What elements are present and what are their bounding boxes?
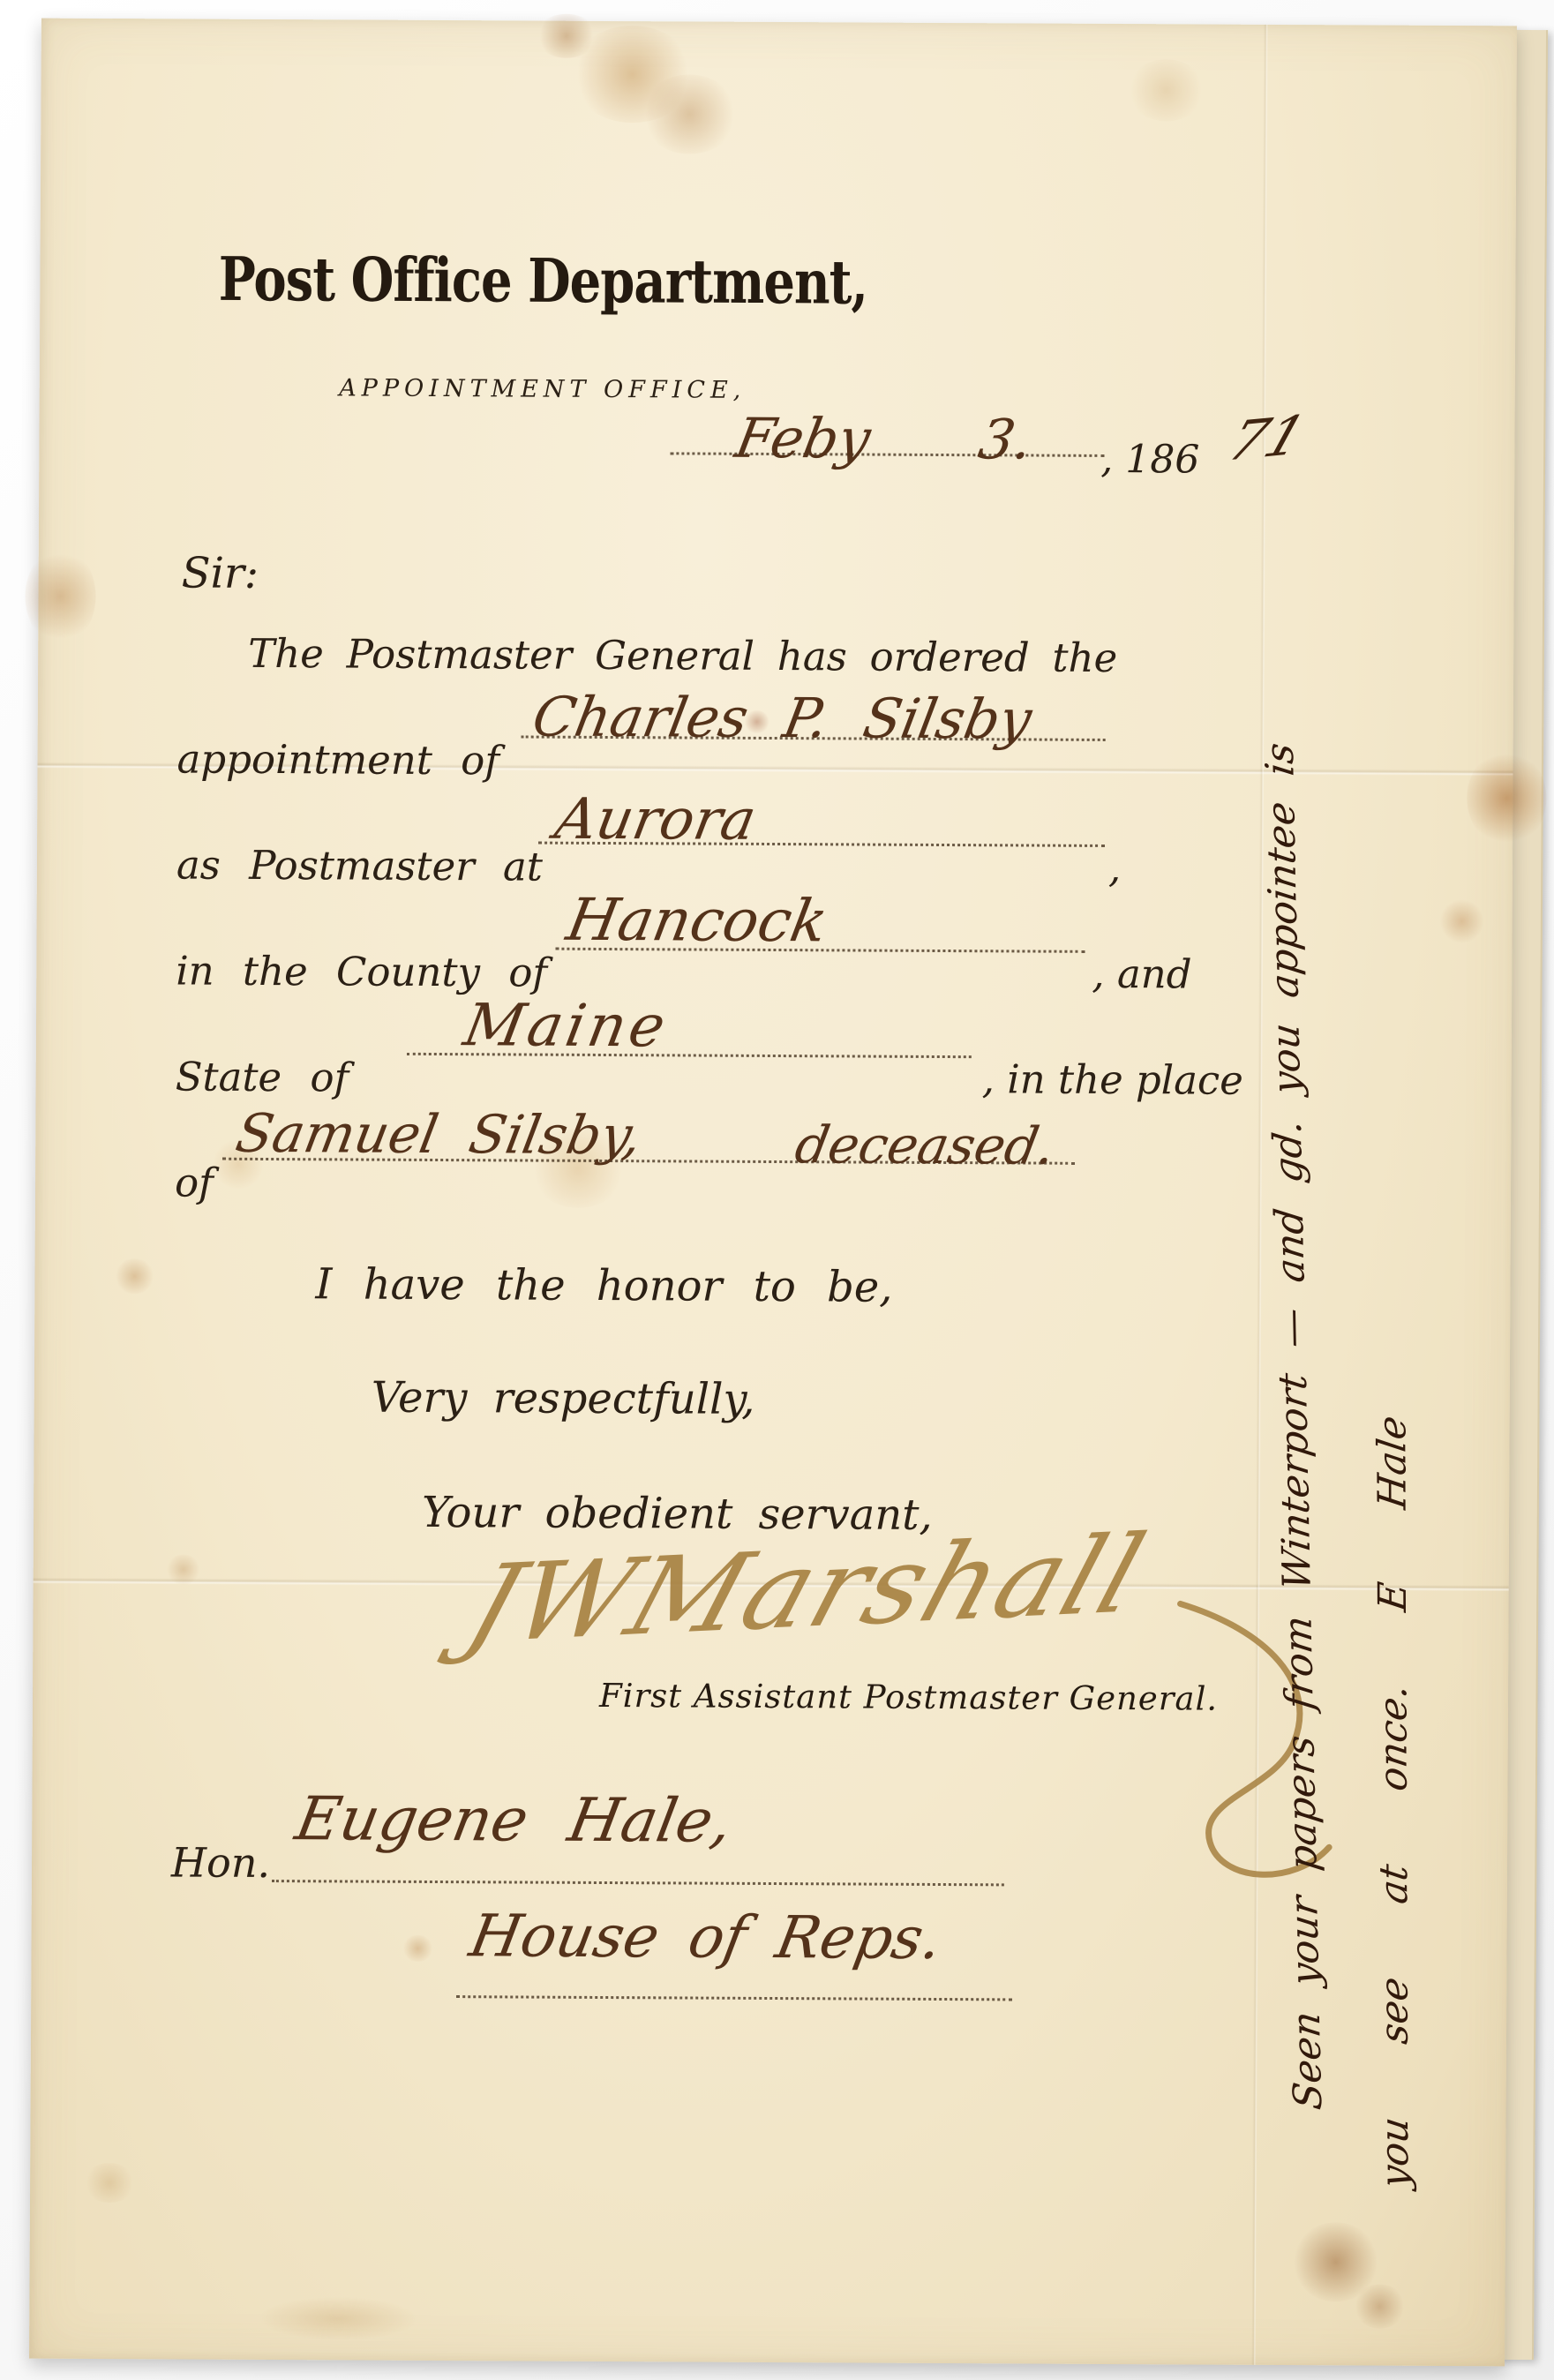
field-label-postmaster-at: as Postmaster at <box>176 841 543 890</box>
stain <box>1467 749 1547 846</box>
field-suffix: , and <box>1092 950 1192 998</box>
closing-line-2: Very respectfully, <box>372 1373 755 1424</box>
addressee-line2: House of Reps. <box>465 1902 948 1972</box>
signer-title: First Assistant Postmaster General. <box>599 1677 1218 1718</box>
stain <box>25 548 96 645</box>
letterhead-title: Post Office Department, <box>181 244 905 319</box>
field-value-deceased: deceased. <box>791 1115 1060 1175</box>
field-label-of: of <box>175 1159 214 1205</box>
addressee-prefix: Hon. <box>171 1838 270 1887</box>
field-value-post-office: Aurora <box>550 787 761 853</box>
stain <box>114 1258 154 1294</box>
stain <box>1439 899 1483 943</box>
body-opening-line: The Postmaster General has ordered the <box>248 630 1117 681</box>
field-label-county-of: in the County of <box>176 947 547 995</box>
stain <box>166 1554 201 1584</box>
stain <box>1126 59 1205 121</box>
stain <box>641 74 738 154</box>
field-suffix: , in the place <box>982 1055 1243 1104</box>
date-handwritten: Feby 3. <box>731 406 1038 472</box>
closing-line-1: I have the honor to be, <box>315 1259 892 1311</box>
stain <box>536 14 597 58</box>
field-label-appointment-of: appointment of <box>176 735 499 784</box>
addressee-name: Eugene Hale, <box>290 1784 738 1857</box>
field-value-appointee-name: Charles P. Silsby <box>528 685 1036 752</box>
stain <box>402 1935 433 1962</box>
signature-flourish <box>1161 1577 1357 1913</box>
margin-note-line-2: you see at once. E Hale <box>1368 826 1417 2191</box>
field-value-predecessor: Samuel Silsby, <box>231 1103 647 1167</box>
addressee-rule-2 <box>456 1995 1012 2001</box>
field-value-county: Hancock <box>562 886 833 955</box>
salutation: Sir: <box>182 548 259 597</box>
stain <box>83 2163 136 2203</box>
letter-paper: Post Office Department, APPOINTMENT OFFI… <box>29 19 1517 2367</box>
letterhead-office-line: APPOINTMENT OFFICE, <box>190 374 896 405</box>
stain <box>259 2296 417 2341</box>
field-suffix: , <box>1108 845 1122 891</box>
addressee-rule <box>272 1880 1004 1886</box>
field-value-state: Maine <box>459 991 674 1060</box>
field-label-state-of: State of <box>176 1053 349 1100</box>
date-printed-year-stub: , 186 <box>1100 437 1199 483</box>
stain <box>1353 2284 1406 2328</box>
